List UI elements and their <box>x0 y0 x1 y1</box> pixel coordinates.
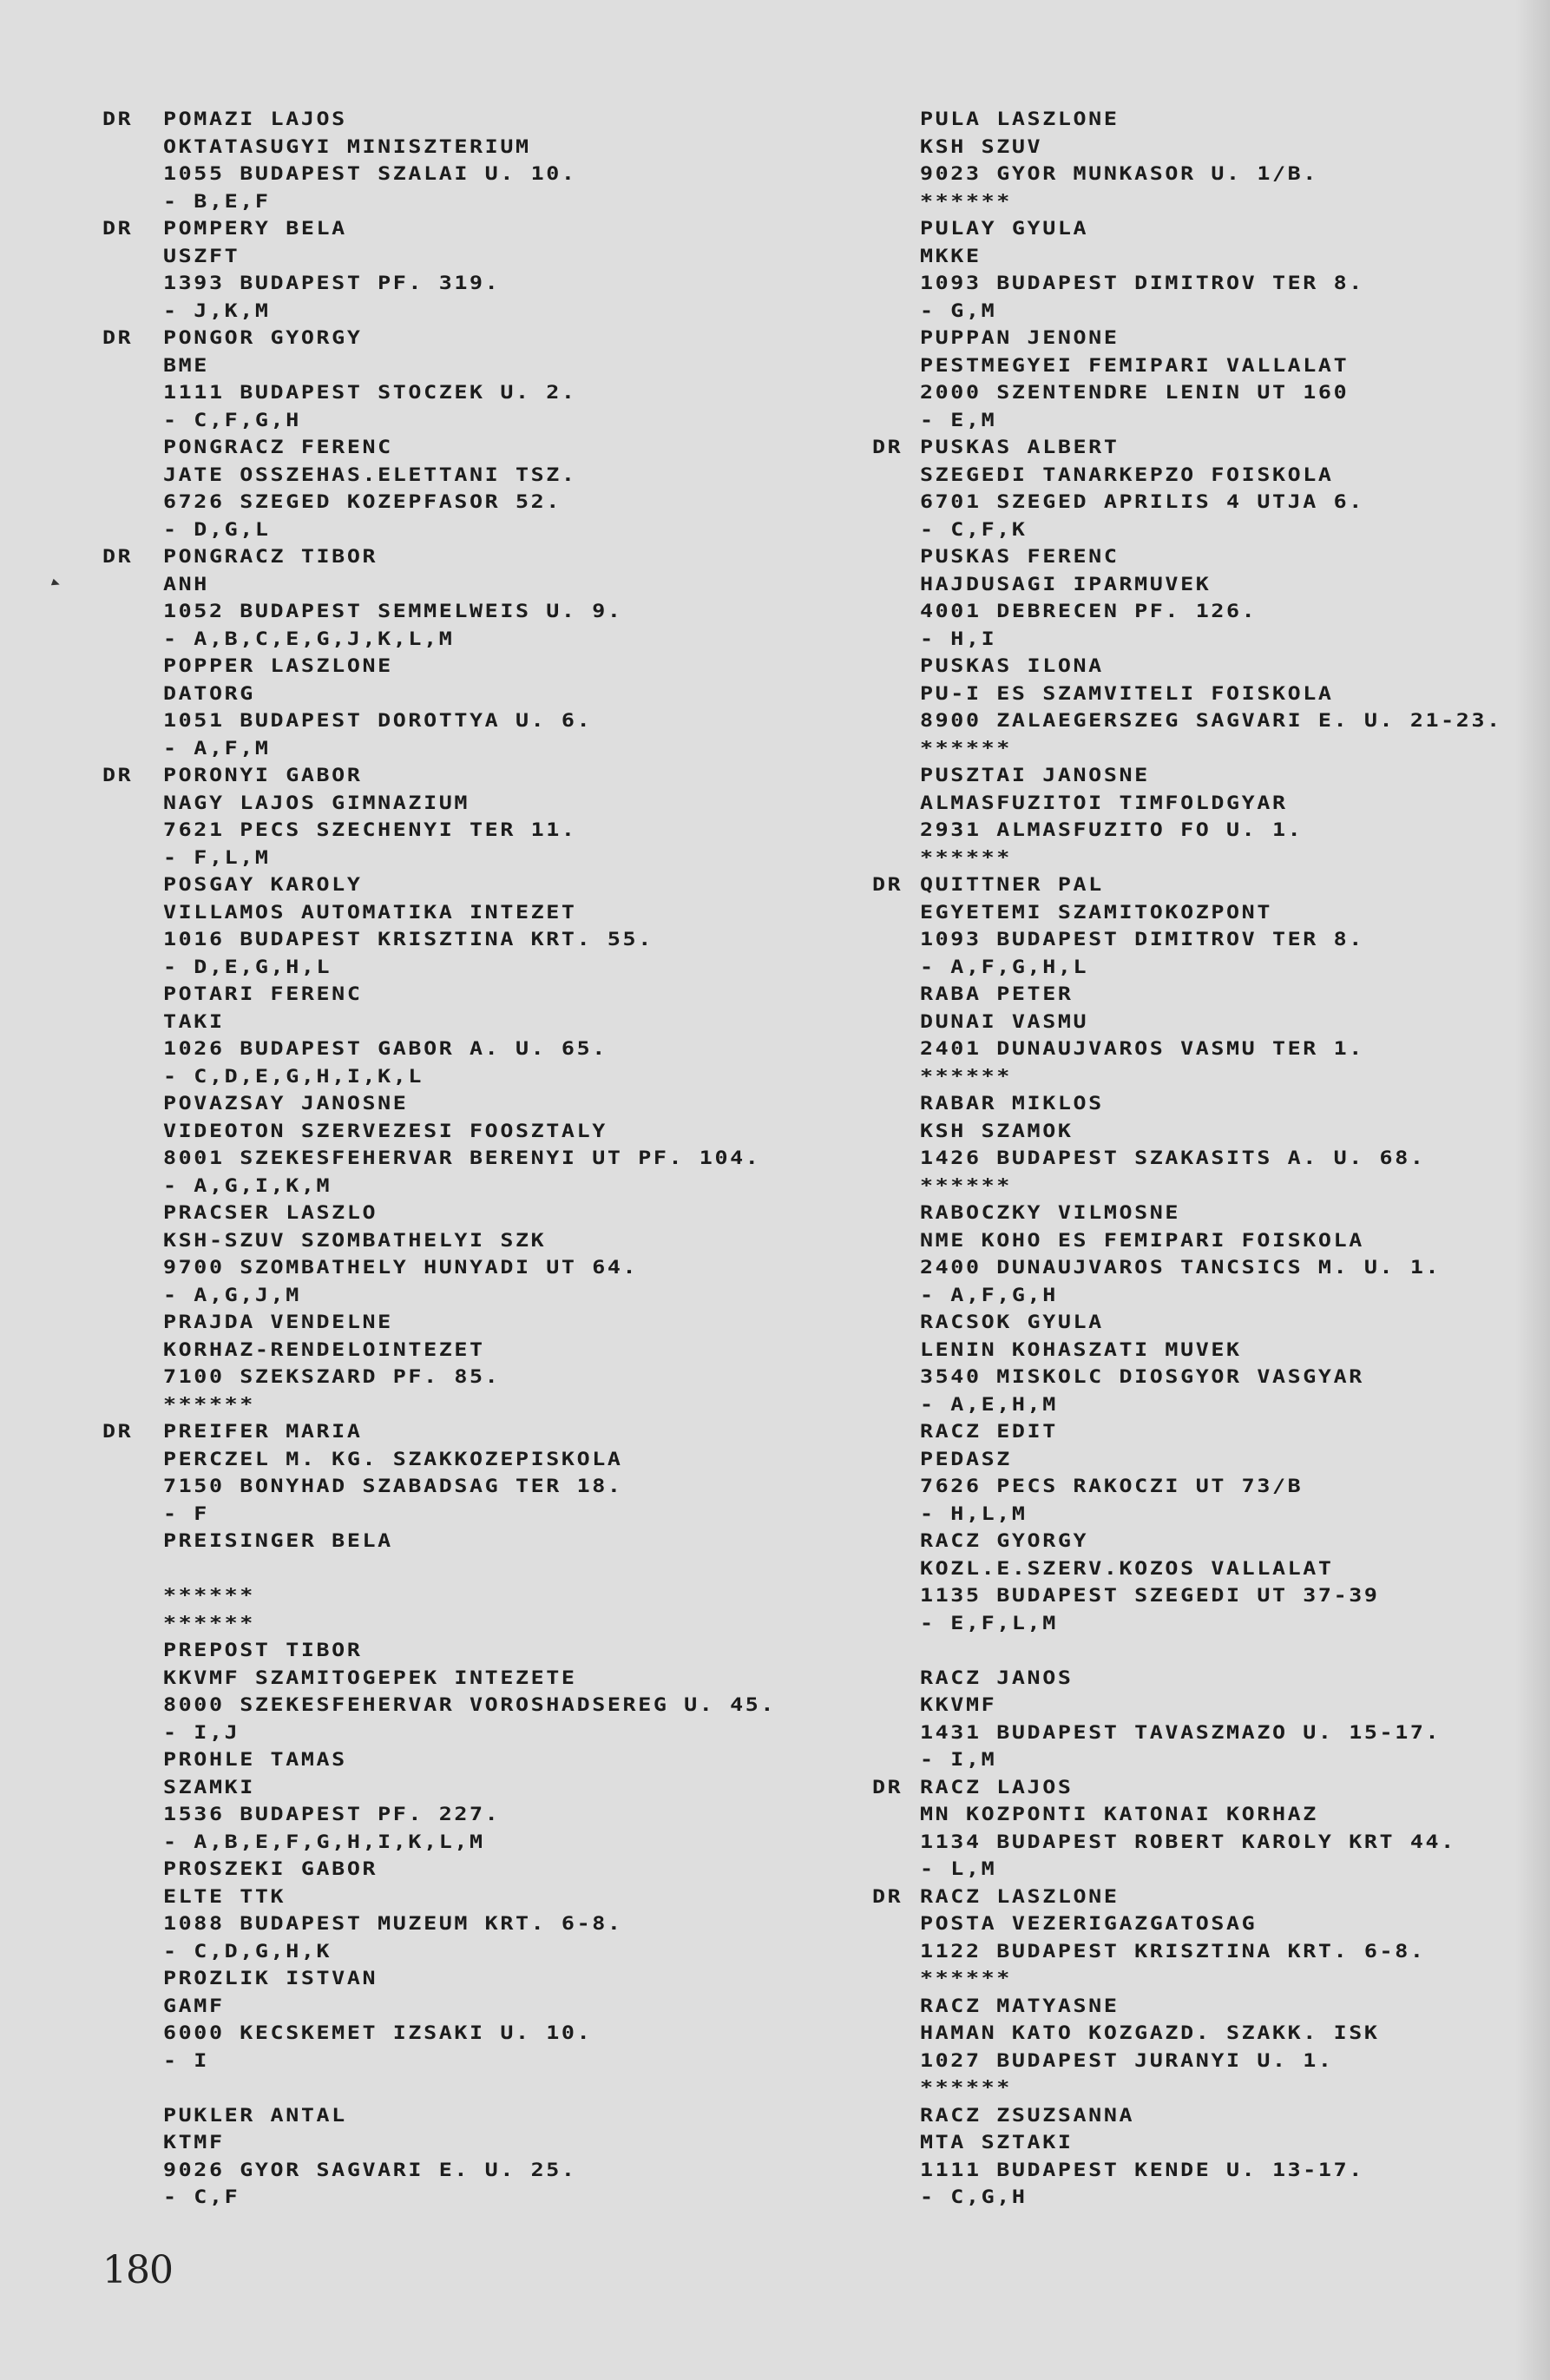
entry-address: 1027 BUDAPEST JURANYI U. 1. <box>872 2049 1334 2072</box>
person-name: POPPER LASZLONE <box>163 654 393 676</box>
entry-codes: - F <box>102 1502 209 1525</box>
entry-name-line: PREPOST TIBOR <box>102 1639 362 1661</box>
entry-address: 1051 BUDAPEST DOROTTYA U. 6. <box>102 709 592 732</box>
entry-organization: JATE OSSZEHAS.ELETTANI TSZ. <box>102 464 577 486</box>
entry-name-line: PUSKAS ILONA <box>872 654 1104 677</box>
person-name: PRACSER LASZLO <box>163 1201 378 1223</box>
person-name: RACZ JANOS <box>920 1667 1074 1688</box>
entry-organization: LENIN KOHASZATI MUVEK <box>872 1338 1242 1361</box>
person-name: PUPPAN JENONE <box>920 326 1119 348</box>
entry-organization: ALMASFUZITOI TIMFOLDGYAR <box>872 792 1288 814</box>
entry-address: 9023 GYOR MUNKASOR U. 1/B. <box>872 162 1318 185</box>
entry-address: 3540 MISKOLC DIOSGYOR VASGYAR <box>872 1365 1364 1388</box>
entry-codes <box>102 2076 163 2099</box>
entry-codes: - A,E,H,M <box>872 1393 1058 1416</box>
entry-name-line: POSGAY KAROLY <box>102 873 362 896</box>
entry-name-line: PUKLER ANTAL <box>102 2104 347 2127</box>
entry-name-line: PROHLE TAMAS <box>102 1748 347 1771</box>
entry-codes: - L,M <box>872 1857 996 1880</box>
entry-name-line: RABAR MIKLOS <box>872 1092 1104 1114</box>
entry-name-line: PULA LASZLONE <box>872 108 1119 130</box>
entry-codes: ****** <box>872 1065 1012 1088</box>
person-name: PUSZTAI JANOSNE <box>920 764 1150 786</box>
entry-name-line: DRQUITTNER PAL <box>872 873 1104 896</box>
entry-organization: DATORG <box>102 682 255 705</box>
entry-codes: ****** <box>102 1612 255 1634</box>
entry-address: 4001 DEBRECEN PF. 126. <box>872 600 1257 622</box>
entry-name-line: POVAZSAY JANOSNE <box>102 1092 408 1114</box>
entry-codes: - G,M <box>872 299 996 322</box>
entry-address: 1426 BUDAPEST SZAKASITS A. U. 68. <box>872 1147 1426 1169</box>
entry-codes: - J,K,M <box>102 299 271 322</box>
entry-organization: MKKE <box>872 245 982 267</box>
title-prefix: DR <box>102 764 163 786</box>
title-prefix: DR <box>872 1776 920 1798</box>
entry-organization: SZEGEDI TANARKEPZO FOISKOLA <box>872 464 1334 486</box>
entry-address: 7626 PECS RAKOCZI UT 73/B <box>872 1475 1303 1497</box>
entry-name-line: DRPOMPERY BELA <box>102 217 347 240</box>
entry-address: 1055 BUDAPEST SZALAI U. 10. <box>102 162 577 185</box>
entry-name-line: PROZLIK ISTVAN <box>102 1967 378 1989</box>
entry-organization: KORHAZ-RENDELOINTEZET <box>102 1338 485 1361</box>
entry-address: 1431 BUDAPEST TAVASZMAZO U. 15-17. <box>872 1721 1441 1744</box>
entry-organization: ELTE TTK <box>102 1885 286 1908</box>
entry-name-line: DRPONGOR GYORGY <box>102 326 362 349</box>
entry-codes: - I,J <box>102 1721 240 1744</box>
entry-name-line: RACZ EDIT <box>872 1420 1058 1443</box>
entry-organization: KSH SZUV <box>872 135 1042 158</box>
entry-organization: POSTA VEZERIGAZGATOSAG <box>872 1912 1257 1935</box>
entry-name-line: PRAJDA VENDELNE <box>102 1311 393 1333</box>
entry-codes: ****** <box>872 2076 1012 2099</box>
entry-address: 6000 KECSKEMET IZSAKI U. 10. <box>102 2022 592 2044</box>
page-edge-shadow <box>1515 0 1550 2380</box>
person-name: QUITTNER PAL <box>920 873 1104 895</box>
entry-address: 7100 SZEKSZARD PF. 85. <box>102 1365 500 1388</box>
person-name: RACZ LAJOS <box>920 1776 1074 1798</box>
entry-name-line: RACZ ZSUZSANNA <box>872 2104 1134 2127</box>
entry-codes: - C,D,E,G,H,I,K,L <box>102 1065 424 1088</box>
entry-name-line: RABA PETER <box>872 983 1074 1005</box>
entry-name-line: PRACSER LASZLO <box>102 1201 378 1224</box>
entry-codes: - C,D,G,H,K <box>102 1940 332 1963</box>
entry-organization: NAGY LAJOS GIMNAZIUM <box>102 792 470 814</box>
entry-organization: USZFT <box>102 245 240 267</box>
entry-codes: - C,F <box>102 2186 240 2208</box>
entry-address: 1134 BUDAPEST ROBERT KAROLY KRT 44. <box>872 1831 1456 1853</box>
entry-organization: HAMAN KATO KOZGAZD. SZAKK. ISK <box>872 2022 1380 2044</box>
entry-name-line: RABOCZKY VILMOSNE <box>872 1201 1180 1224</box>
entry-codes: - H,L,M <box>872 1502 1028 1525</box>
entry-address: 9026 GYOR SAGVARI E. U. 25. <box>102 2159 577 2181</box>
entry-codes: - A,B,E,F,G,H,I,K,L,M <box>102 1831 485 1853</box>
entry-name-line: DRPORONYI GABOR <box>102 764 362 786</box>
entry-organization: BME <box>102 354 209 377</box>
entry-codes: ****** <box>872 1174 1012 1197</box>
entry-address: 1093 BUDAPEST DIMITROV TER 8. <box>872 928 1364 950</box>
entry-address: 2400 DUNAUJVAROS TANCSICS M. U. 1. <box>872 1256 1441 1279</box>
entry-address: 1111 BUDAPEST STOCZEK U. 2. <box>102 381 577 404</box>
person-name: PONGOR GYORGY <box>163 326 362 348</box>
entry-name-line: DRPREIFER MARIA <box>102 1420 362 1443</box>
entry-organization: ANH <box>102 573 209 595</box>
entry-codes: - I,M <box>872 1748 996 1771</box>
entry-codes: ****** <box>872 1967 1012 1989</box>
entry-address: 1016 BUDAPEST KRISZTINA KRT. 55. <box>102 928 653 950</box>
entry-name-line: DRRACZ LASZLONE <box>872 1885 1119 1908</box>
title-prefix: DR <box>872 873 920 896</box>
entry-name-line: DRRACZ LAJOS <box>872 1776 1074 1798</box>
entry-address: 7621 PECS SZECHENYI TER 11. <box>102 819 577 841</box>
margin-mark <box>51 579 61 588</box>
title-prefix: DR <box>102 217 163 240</box>
entry-address: 8900 ZALAEGERSZEG SAGVARI E. U. 21-23. <box>872 709 1502 732</box>
person-name: RACZ MATYASNE <box>920 1995 1119 2016</box>
person-name: POSGAY KAROLY <box>163 873 362 895</box>
entry-name-line: PUPPAN JENONE <box>872 326 1119 349</box>
entry-organization: DUNAI VASMU <box>872 1010 1088 1033</box>
entry-codes: - A,F,G,H <box>872 1284 1058 1306</box>
person-name: PUSKAS FERENC <box>920 545 1119 567</box>
entry-name-line: DRPUSKAS ALBERT <box>872 436 1119 458</box>
person-name: PONGRACZ FERENC <box>163 436 393 457</box>
person-name: PREPOST TIBOR <box>163 1639 362 1660</box>
entry-codes: - C,F,G,H <box>102 409 301 431</box>
entry-name-line: POPPER LASZLONE <box>102 654 393 677</box>
entry-name-line: PONGRACZ FERENC <box>102 436 393 458</box>
entry-organization: MTA SZTAKI <box>872 2131 1074 2153</box>
entry-organization: KTMF <box>102 2131 225 2153</box>
entry-organization: MN KOZPONTI KATONAI KORHAZ <box>872 1803 1318 1825</box>
person-name: PUSKAS ILONA <box>920 654 1104 676</box>
entry-codes: - C,G,H <box>872 2186 1028 2208</box>
entry-address: 8001 SZEKESFEHERVAR BERENYI UT PF. 104. <box>102 1147 760 1169</box>
entry-address: 1393 BUDAPEST PF. 319. <box>102 272 500 294</box>
entry-address: 1093 BUDAPEST DIMITROV TER 8. <box>872 272 1364 294</box>
person-name: POMPERY BELA <box>163 217 347 239</box>
entry-organization: HAJDUSAGI IPARMUVEK <box>872 573 1211 595</box>
entry-address: 1052 BUDAPEST SEMMELWEIS U. 9. <box>102 600 623 622</box>
person-name: RACZ GYORGY <box>920 1529 1088 1551</box>
entry-name-line: RACZ GYORGY <box>872 1529 1088 1552</box>
entry-address: 7150 BONYHAD SZABADSAG TER 18. <box>102 1475 623 1497</box>
person-name: POMAZI LAJOS <box>163 108 347 129</box>
person-name: PROSZEKI GABOR <box>163 1857 378 1879</box>
entry-organization: KSH-SZUV SZOMBATHELYI SZK <box>102 1229 546 1252</box>
entry-organization: GAMF <box>102 1995 225 2017</box>
entry-organization: KOZL.E.SZERV.KOZOS VALLALAT <box>872 1557 1334 1580</box>
entry-codes: - E,F,L,M <box>872 1612 1058 1634</box>
entry-organization: KKVMF SZAMITOGEPEK INTEZETE <box>102 1667 577 1689</box>
title-prefix: DR <box>102 326 163 349</box>
entry-address: 1026 BUDAPEST GABOR A. U. 65. <box>102 1037 608 1060</box>
entry-organization: PESTMEGYEI FEMIPARI VALLALAT <box>872 354 1349 377</box>
person-name: PORONYI GABOR <box>163 764 362 786</box>
person-name: PUKLER ANTAL <box>163 2104 347 2126</box>
entry-address: 2401 DUNAUJVAROS VASMU TER 1. <box>872 1037 1364 1060</box>
entry-organization: PU-I ES SZAMVITELI FOISKOLA <box>872 682 1334 705</box>
person-name: PRAJDA VENDELNE <box>163 1311 393 1332</box>
entry-name-line: DRPOMAZI LAJOS <box>102 108 347 130</box>
person-name: RABOCZKY VILMOSNE <box>920 1201 1180 1223</box>
entry-codes: ****** <box>872 846 1012 869</box>
entry-codes: ****** <box>872 737 1012 759</box>
entry-address: ****** <box>102 1584 255 1607</box>
title-prefix: DR <box>102 108 163 130</box>
entry-codes: ****** <box>872 190 1012 213</box>
entry-address: 1088 BUDAPEST MUZEUM KRT. 6-8. <box>102 1912 623 1935</box>
entry-address: 8000 SZEKESFEHERVAR VOROSHADSEREG U. 45. <box>102 1693 776 1716</box>
title-prefix: DR <box>102 1420 163 1443</box>
person-name: PROHLE TAMAS <box>163 1748 347 1770</box>
entry-organization: KSH SZAMOK <box>872 1120 1074 1142</box>
person-name: PUSKAS ALBERT <box>920 436 1119 457</box>
entry-address: 1122 BUDAPEST KRISZTINA KRT. 6-8. <box>872 1940 1426 1963</box>
entry-address: 2931 ALMASFUZITO FO U. 1. <box>872 819 1303 841</box>
entry-organization: SZAMKI <box>102 1776 255 1798</box>
entry-codes: - D,G,L <box>102 518 271 541</box>
entry-organization: PEDASZ <box>872 1448 1012 1470</box>
person-name: PREISINGER BELA <box>163 1529 393 1551</box>
entry-organization: KKVMF <box>872 1693 996 1716</box>
entry-organization: VIDEOTON SZERVEZESI FOOSZTALY <box>102 1120 608 1142</box>
entry-name-line: PUSZTAI JANOSNE <box>872 764 1150 786</box>
person-name: PONGRACZ TIBOR <box>163 545 378 567</box>
entry-organization: VILLAMOS AUTOMATIKA INTEZET <box>102 901 577 924</box>
title-prefix: DR <box>102 545 163 568</box>
entry-organization: EGYETEMI SZAMITOKOZPONT <box>872 901 1272 924</box>
entry-address: 1135 BUDAPEST SZEGEDI UT 37-39 <box>872 1584 1380 1607</box>
entry-codes: - D,E,G,H,L <box>102 956 332 978</box>
entry-name-line: DRPONGRACZ TIBOR <box>102 545 378 568</box>
person-name: PREIFER MARIA <box>163 1420 362 1442</box>
entry-name-line: RACZ JANOS <box>872 1667 1074 1689</box>
entry-organization: PERCZEL M. KG. SZAKKOZEPISKOLA <box>102 1448 623 1470</box>
entry-codes: - E,M <box>872 409 996 431</box>
person-name: POVAZSAY JANOSNE <box>163 1092 408 1114</box>
person-name: RACZ ZSUZSANNA <box>920 2104 1134 2126</box>
page-number: 180 <box>102 2248 173 2292</box>
entry-codes: - A,F,M <box>102 737 271 759</box>
entry-name-line: PROSZEKI GABOR <box>102 1857 378 1880</box>
entry-name-line: PREISINGER BELA <box>102 1529 393 1552</box>
entry-name-line: RACSOK GYULA <box>872 1311 1104 1333</box>
entry-address: 9700 SZOMBATHELY HUNYADI UT 64. <box>102 1256 638 1279</box>
entry-codes: - B,E,F <box>102 190 271 213</box>
person-name: POTARI FERENC <box>163 983 362 1004</box>
title-prefix: DR <box>872 1885 920 1908</box>
title-prefix: DR <box>872 436 920 458</box>
entry-name-line: POTARI FERENC <box>102 983 362 1005</box>
entry-address: 6701 SZEGED APRILIS 4 UTJA 6. <box>872 490 1364 513</box>
person-name: PULAY GYULA <box>920 217 1088 239</box>
entry-codes: - I <box>102 2049 209 2072</box>
person-name: RACSOK GYULA <box>920 1311 1104 1332</box>
entry-codes: - F,L,M <box>102 846 271 869</box>
entry-codes: - A,F,G,H,L <box>872 956 1088 978</box>
entry-codes: - C,F,K <box>872 518 1028 541</box>
entry-organization: TAKI <box>102 1010 225 1033</box>
person-name: RABA PETER <box>920 983 1074 1004</box>
entry-organization: NME KOHO ES FEMIPARI FOISKOLA <box>872 1229 1364 1252</box>
entry-codes <box>872 1639 920 1661</box>
entry-organization: OKTATASUGYI MINISZTERIUM <box>102 135 531 158</box>
person-name: RABAR MIKLOS <box>920 1092 1104 1114</box>
entry-codes: ****** <box>102 1393 255 1416</box>
person-name: PULA LASZLONE <box>920 108 1119 129</box>
entry-address: 1536 BUDAPEST PF. 227. <box>102 1803 500 1825</box>
entry-codes: - H,I <box>872 628 996 650</box>
entry-address: 2000 SZENTENDRE LENIN UT 160 <box>872 381 1349 404</box>
person-name: RACZ EDIT <box>920 1420 1058 1442</box>
entry-codes: - A,G,J,M <box>102 1284 301 1306</box>
entry-name-line: RACZ MATYASNE <box>872 1995 1119 2017</box>
entry-name-line: PUSKAS FERENC <box>872 545 1119 568</box>
entry-organization <box>102 1557 163 1580</box>
entry-name-line: PULAY GYULA <box>872 217 1088 240</box>
person-name: PROZLIK ISTVAN <box>163 1967 378 1989</box>
entry-codes: - A,B,C,E,G,J,K,L,M <box>102 628 454 650</box>
person-name: RACZ LASZLONE <box>920 1885 1119 1907</box>
entry-address: 1111 BUDAPEST KENDE U. 13-17. <box>872 2159 1364 2181</box>
entry-address: 6726 SZEGED KOZEPFASOR 52. <box>102 490 562 513</box>
entry-codes: - A,G,I,K,M <box>102 1174 332 1197</box>
